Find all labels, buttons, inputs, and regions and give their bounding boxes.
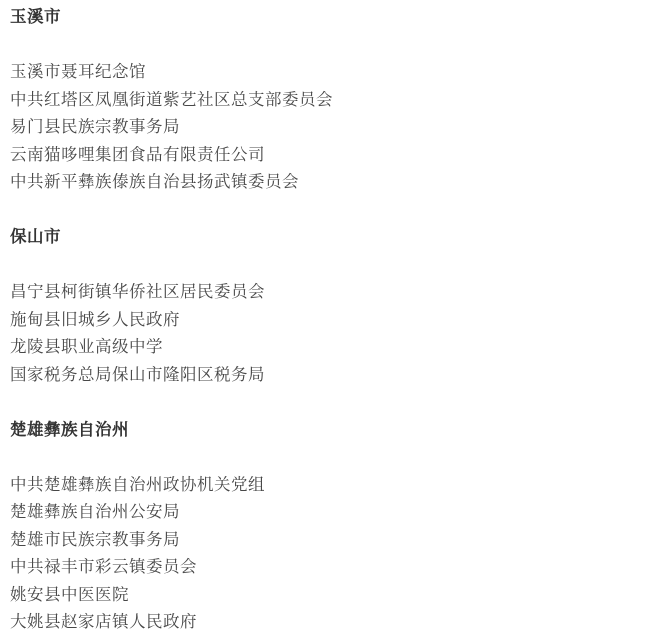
section-item-list: 玉溪市聂耳纪念馆 中共红塔区凤凰街道紫艺社区总支部委员会 易门县民族宗教事务局 … [10,59,654,197]
org-list-item: 大姚县赵家店镇人民政府 [10,609,654,629]
org-list-item: 中共新平彝族傣族自治县扬武镇委员会 [10,169,654,197]
section-chuxiong: 楚雄彝族自治州 中共楚雄彝族自治州政协机关党组 楚雄彝族自治州公安局 楚雄市民族… [10,417,654,629]
article-body: 玉溪市 玉溪市聂耳纪念馆 中共红塔区凤凰街道紫艺社区总支部委员会 易门县民族宗教… [0,0,664,629]
section-baoshan: 保山市 昌宁县柯街镇华侨社区居民委员会 施甸县旧城乡人民政府 龙陵县职业高级中学… [10,224,654,389]
org-list-item: 楚雄市民族宗教事务局 [10,527,654,555]
org-list-item: 昌宁县柯街镇华侨社区居民委员会 [10,279,654,307]
org-list-item: 中共楚雄彝族自治州政协机关党组 [10,472,654,500]
section-item-list: 中共楚雄彝族自治州政协机关党组 楚雄彝族自治州公安局 楚雄市民族宗教事务局 中共… [10,472,654,629]
section-header-yuxi: 玉溪市 [10,4,654,32]
section-header-chuxiong: 楚雄彝族自治州 [10,417,654,445]
org-list-item: 楚雄彝族自治州公安局 [10,499,654,527]
org-list-item: 姚安县中医医院 [10,582,654,610]
section-item-list: 昌宁县柯街镇华侨社区居民委员会 施甸县旧城乡人民政府 龙陵县职业高级中学 国家税… [10,279,654,389]
org-list-item: 云南猫哆哩集团食品有限责任公司 [10,142,654,170]
org-list-item: 龙陵县职业高级中学 [10,334,654,362]
org-list-item: 中共红塔区凤凰街道紫艺社区总支部委员会 [10,87,654,115]
section-header-text: 楚雄彝族自治州 [10,421,129,439]
org-list-item: 国家税务总局保山市隆阳区税务局 [10,362,654,390]
section-yuxi: 玉溪市 玉溪市聂耳纪念馆 中共红塔区凤凰街道紫艺社区总支部委员会 易门县民族宗教… [10,4,654,197]
section-header-baoshan: 保山市 [10,224,654,252]
section-header-text: 保山市 [10,228,61,246]
org-list-item: 施甸县旧城乡人民政府 [10,307,654,335]
org-list-item: 中共禄丰市彩云镇委员会 [10,554,654,582]
org-list-item: 易门县民族宗教事务局 [10,114,654,142]
org-list-item: 玉溪市聂耳纪念馆 [10,59,654,87]
section-header-text: 玉溪市 [10,8,61,26]
